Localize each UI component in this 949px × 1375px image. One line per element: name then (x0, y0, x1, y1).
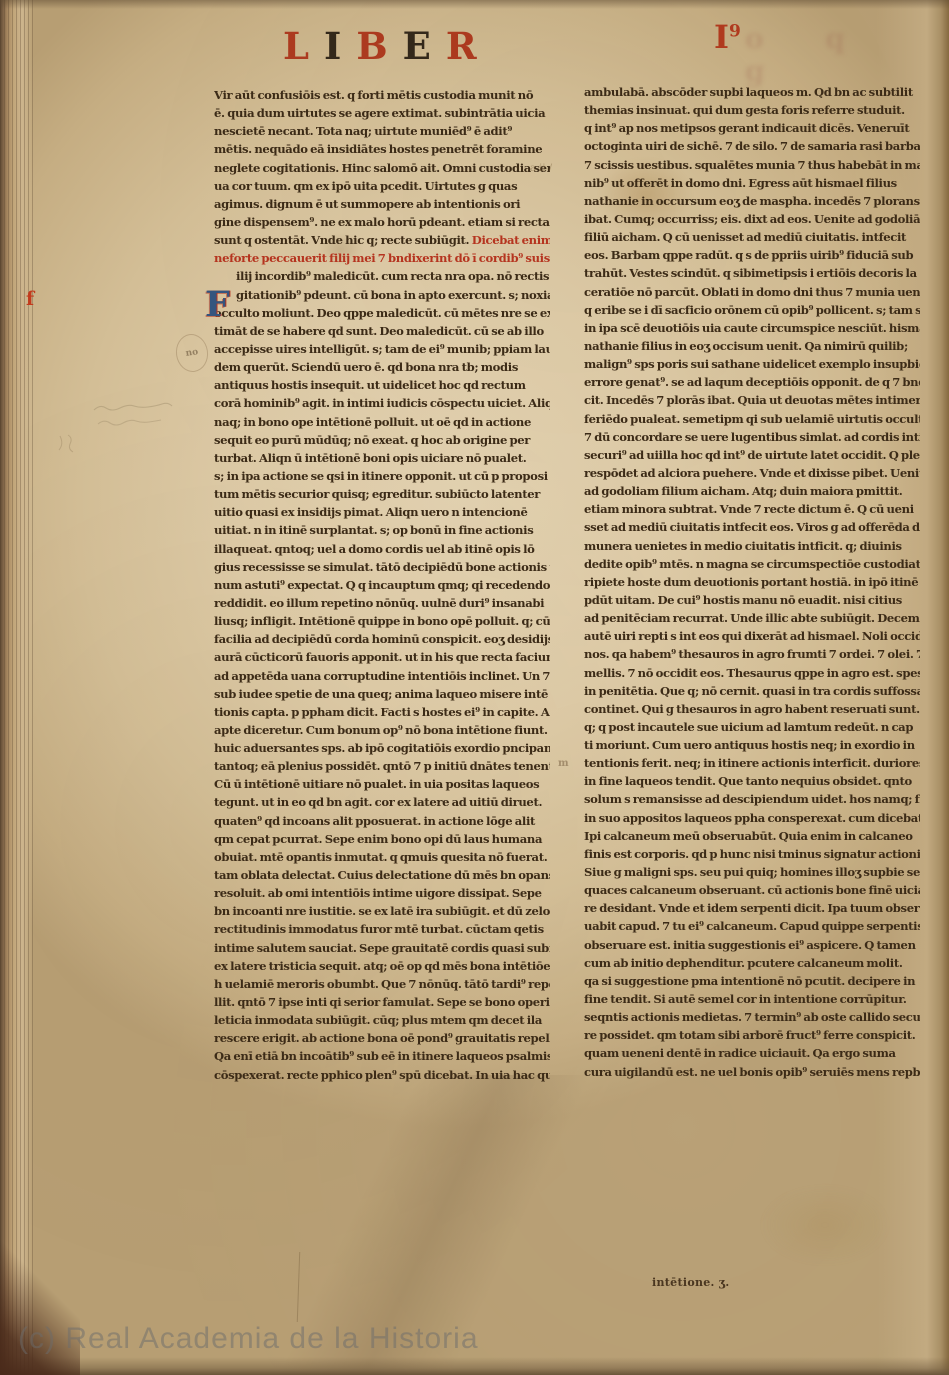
text-line: ex latere tristicia sequit. atq; oē op q… (214, 959, 550, 977)
text-line: trahūt. Vestes scindūt. q sibimetipsis i… (584, 266, 920, 284)
text-line: bn incoanti nre iustitie. se ex latē ira… (214, 904, 550, 922)
book-number-superscript: 9 (729, 21, 741, 41)
text-line: illaqueat. qntoq; uel a domo cordis uel … (214, 542, 550, 560)
text-line: sub iudee spetie de una queq; anima laqu… (214, 687, 550, 705)
text-line: ē. quia dum uirtutes se agere extimat. s… (214, 106, 550, 124)
text-line: obseruare est. initia suggestionis ei⁹ a… (584, 938, 920, 956)
text-line: solum s remansisse ad descipiendum uidet… (584, 792, 920, 810)
running-title-letter: R (446, 24, 492, 68)
text-line: seqntis actionis medietas. 7 termin⁹ ab … (584, 1010, 920, 1028)
text-line: munera uenietes in medio ciuitatis intfi… (584, 539, 920, 557)
text-column-left: Vir aūt confusiōis est. q forti mētis cu… (214, 88, 550, 1086)
text-line: quaten⁹ qd incoans alit pposuerat. in ac… (214, 814, 550, 832)
text-line: uitio quasi ex insidijs pimat. Aliqn uer… (214, 505, 550, 523)
text-line: ad penitēciam recurrat. Unde illic abte … (584, 611, 920, 629)
running-title-liber: LIBER (283, 24, 492, 72)
text-line: liusq; infligit. Intētionē quippe in bon… (214, 614, 550, 632)
text-line: nescietē necant. Tota naq; uirtute muniē… (214, 124, 550, 142)
text-line: ad godoliam filium aicham. Atq; duin mai… (584, 484, 920, 502)
book-binding-edge (0, 0, 34, 1375)
text-line: ripiete hoste dum deuotionis portant hos… (584, 575, 920, 593)
text-line: llit. qntō 7 ipse inti qi serior famulat… (214, 995, 550, 1013)
text-line: antiquus hostis insequit. ut uidelicet h… (214, 378, 550, 396)
text-line: filiū aicham. Q cū uenisset ad mediū ciu… (584, 230, 920, 248)
text-line: naq; in bono ope intētionē polluit. ut o… (214, 415, 550, 433)
text-line: fine tendit. Si autē semel cor in intent… (584, 992, 920, 1010)
text-line: ibat. Cumq; occurriss; eis. dixt ad eos.… (584, 212, 920, 230)
text-line: tum mētis securior quisq; egreditur. sub… (214, 487, 550, 505)
text-line: tentionis ferit. neq; in itinere actioni… (584, 756, 920, 774)
running-title-letter: E (403, 24, 446, 68)
running-title-letter: L (283, 24, 324, 68)
ink-bleed-through: o q g (745, 22, 935, 72)
text-line: reddidit. eo illum repetino nōnūq. uulnē… (214, 596, 550, 614)
text-line: Qa enī etiā bn incoātib⁹ sub eē in itine… (214, 1049, 550, 1067)
text-line: tantoq; eā plenius possidēt. qntō 7 p in… (214, 759, 550, 777)
text-line: 7 scissis uestibus. squalētes munia 7 th… (584, 158, 920, 176)
text-line: qa si suggestione pma intentionē nō pcut… (584, 974, 920, 992)
text-line: etiam minora subtrat. Vnde 7 recte dictu… (584, 502, 920, 520)
text-line: num astuti⁹ expectat. Q q incauptum qmq;… (214, 578, 550, 596)
text-line: obuiat. mtē opantis inmutat. q qmuis que… (214, 850, 550, 868)
text-line: corā hominib⁹ agit. in intimi iudicis cō… (214, 396, 550, 414)
text-line: h uelamiē meroris obumbt. Que 7 nōnūq. t… (214, 977, 550, 995)
text-line: gine dispensem⁹. ne ex malo horū pdeant.… (214, 215, 550, 233)
gutter-correction-marks: a ii / (530, 162, 560, 232)
text-line: turbat. Aliqn ū intētionē boni opis uici… (214, 451, 550, 469)
running-title-letter: B (356, 24, 402, 68)
text-line: tegunt. ut in eo qd bn agit. cor ex late… (214, 795, 550, 813)
text-line: sset ad mediū ciuitatis intfecit eos. Vi… (584, 520, 920, 538)
text-line: pdūt uitam. De cui⁹ hostis manu nō euadi… (584, 593, 920, 611)
faint-pencil-gloss (90, 400, 176, 434)
text-line: nos. qa habem⁹ thesauros in agro frumti … (584, 647, 920, 665)
text-line: rescere erigit. ab actione bona oē pond⁹… (214, 1031, 550, 1049)
text-line: quam ueneni dentē in radice uiciauit. Qa… (584, 1046, 920, 1064)
text-line: Siue g maligni sps. seu pui quiq; homine… (584, 865, 920, 883)
text-line: rectitudinis immodatus furor mtē turbat.… (214, 922, 550, 940)
page-top-edge (0, 0, 949, 9)
text-line: dem querūt. Sciendū uero ē. qd bona nra … (214, 360, 550, 378)
text-line: mellis. 7 nō occidit eos. Thesaurus qppe… (584, 666, 920, 684)
text-line: autē uiri repti s int eos qui dixerāt ad… (584, 629, 920, 647)
text-line: nathanie in occursum eoʒ de maspha. ince… (584, 194, 920, 212)
text-line: quaces calcaneum obseruant. cū actionis … (584, 883, 920, 901)
book-number-mark: I9 (714, 18, 741, 56)
text-line: sequit eo purū mūdūq; nō exeat. q hoc ab… (214, 433, 550, 451)
text-line: tionis capta. p ppham dicit. Facti s hos… (214, 705, 550, 723)
text-line: eos. Barbam qppe radūt. q s de ppriis ui… (584, 248, 920, 266)
stain (760, 1185, 890, 1265)
text-line: ilij incordib⁹ maledicūt. cum recta nra … (214, 269, 550, 287)
text-line: s; in ipa actione se qsi in itinere oppo… (214, 469, 550, 487)
text-line: timāt de se habere qd sunt. Deo maledicū… (214, 324, 550, 342)
text-line: qm cepat pcurrat. Sepe enim bono opi dū … (214, 832, 550, 850)
margin-red-letter: f (26, 288, 34, 310)
text-line: intime salutem sauciat. Sepe grauitatē c… (214, 941, 550, 959)
text-line: themias insinuat. qui dum gesta foris re… (584, 103, 920, 121)
decorated-initial-F: F (205, 284, 230, 325)
text-line: securi⁹ ad uiilla hoc qd int⁹ de uirtute… (584, 448, 920, 466)
text-line: cit. Incedēs 7 plorās ibat. Quia ut deuo… (584, 393, 920, 411)
text-line: continet. Qui g thesauros in agro habent… (584, 702, 920, 720)
text-line: sunt q ostentāt. Vnde hic q; recte subiū… (214, 233, 550, 251)
text-line: uabit capud. 7 tu ei⁹ calcaneum. Capud q… (584, 919, 920, 937)
text-line: ad appetēda uana corruptudine intentiōis… (214, 669, 550, 687)
text-line: occulto moliunt. Deo qppe maledicūt. cū … (214, 306, 550, 324)
text-line: respōdet ad alciora puehere. Vnde et dix… (584, 466, 920, 484)
text-line: q; q post incautele sue uicium ad lamtum… (584, 720, 920, 738)
text-line: in suo appositos laqueos ppha consperexa… (584, 811, 920, 829)
text-line: cura uigilandū est. ne uel bonis opib⁹ s… (584, 1065, 920, 1083)
text-line: dedite opib⁹ mtēs. n magna se circumspec… (584, 557, 920, 575)
text-line: ua cor tuum. qm ex ipō uita pcedit. Uirt… (214, 179, 550, 197)
text-line: re possidet. qm totam sibi arborē fruct⁹… (584, 1028, 920, 1046)
text-line: neforte peccauerit filij mei 7 bndixerin… (214, 251, 550, 269)
text-line: feriēdo pualeat. semetipm qi sub uelamiē… (584, 412, 920, 430)
text-line: finis est corporis. qd p hunc nisi tminu… (584, 847, 920, 865)
page-bottom-edge (0, 1357, 949, 1375)
text-line: ambulabā. abscōder supbi laqueos m. Qd b… (584, 85, 920, 103)
text-line: 7 dū concordare se uere lugentibus simla… (584, 430, 920, 448)
text-line: nib⁹ ut offerēt in domo dni. Egress aūt … (584, 176, 920, 194)
text-line: in ipa scē deuotiōis uia caute circumspi… (584, 321, 920, 339)
text-line: accepisse uires intelligūt. s; tam de ei… (214, 342, 550, 360)
text-line: in penitētia. Que q; nō cernit. quasi in… (584, 684, 920, 702)
text-line: errore genat⁹. se ad laqum deceptiōis op… (584, 375, 920, 393)
text-line: neglete cogitationis. Hinc salomō ait. O… (214, 161, 550, 179)
running-title-letter: I (324, 24, 356, 68)
text-line: octoginta uiri de sichē. 7 de silo. 7 de… (584, 139, 920, 157)
text-line: uitiat. n in itinē surplantat. s; op bon… (214, 523, 550, 541)
text-line: resoluit. ab omi intentiōis intime uigor… (214, 886, 550, 904)
text-line: malign⁹ sps poris sui sathane uidelicet … (584, 357, 920, 375)
text-line: cōspexerat. recte pphico plen⁹ spū diceb… (214, 1068, 550, 1086)
text-line: q eribe se i dī sacficio orōnem cū opib⁹… (584, 303, 920, 321)
text-line: mētis. nequādo eā insidiātes hostes pene… (214, 142, 550, 160)
text-line: in fine laqueos tendit. Que tanto nequiu… (584, 774, 920, 792)
text-line: q int⁹ ap nos metipsos gerant indicauit … (584, 121, 920, 139)
text-line: apte diceretur. Cum bonum op⁹ nō bona in… (214, 723, 550, 741)
text-column-right: ambulabā. abscōder supbi laqueos m. Qd b… (584, 85, 920, 1083)
text-line: gitationib⁹ pdeunt. cū bona in apto exer… (214, 288, 550, 306)
text-line: facilia ad decipiēdū corda hominū conspi… (214, 632, 550, 650)
catchword: intētione. ʒ. (652, 1276, 729, 1289)
text-line: Vir aūt confusiōis est. q forti mētis cu… (214, 88, 550, 106)
text-line: gius recessisse se simulat. tātō decipiē… (214, 560, 550, 578)
text-line: Ipi calcaneum meū obseruabūt. Quia enim … (584, 829, 920, 847)
copyright-watermark: (c) Real Academia de la Historia (18, 1322, 479, 1356)
book-number-base: I (714, 18, 729, 56)
text-line: agimus. dignum ē ut summopere ab intenti… (214, 197, 550, 215)
text-line: ti moriunt. Cum uero antiquus hostis neq… (584, 738, 920, 756)
text-line: ceratiōe nō parcūt. Oblati in domo dni t… (584, 285, 920, 303)
faint-margin-scribble (56, 430, 82, 456)
text-line: tam oblata delectat. Cuius delectatione … (214, 868, 550, 886)
text-line: leticia inmodata subiūgit. cūq; plus mte… (214, 1013, 550, 1031)
manuscript-scan-page: { "page": { "heading": { "letters": [ {"… (0, 0, 949, 1375)
text-line: huic aduersantes sps. ab ipō cogitatiōis… (214, 741, 550, 759)
text-line: re desidant. Vnde et idem serpenti dicit… (584, 901, 920, 919)
text-line: aurā cūcticorū fauoris apponit. ut in hi… (214, 650, 550, 668)
text-line: Cū ū intētionē uitiare nō pualet. in uia… (214, 777, 550, 795)
text-line: cum ab initio dephenditur. pcutere calca… (584, 956, 920, 974)
text-line: nathanie filius in eoʒ occisum uenit. Qa… (584, 339, 920, 357)
gutter-correction-mark: m (558, 758, 569, 769)
